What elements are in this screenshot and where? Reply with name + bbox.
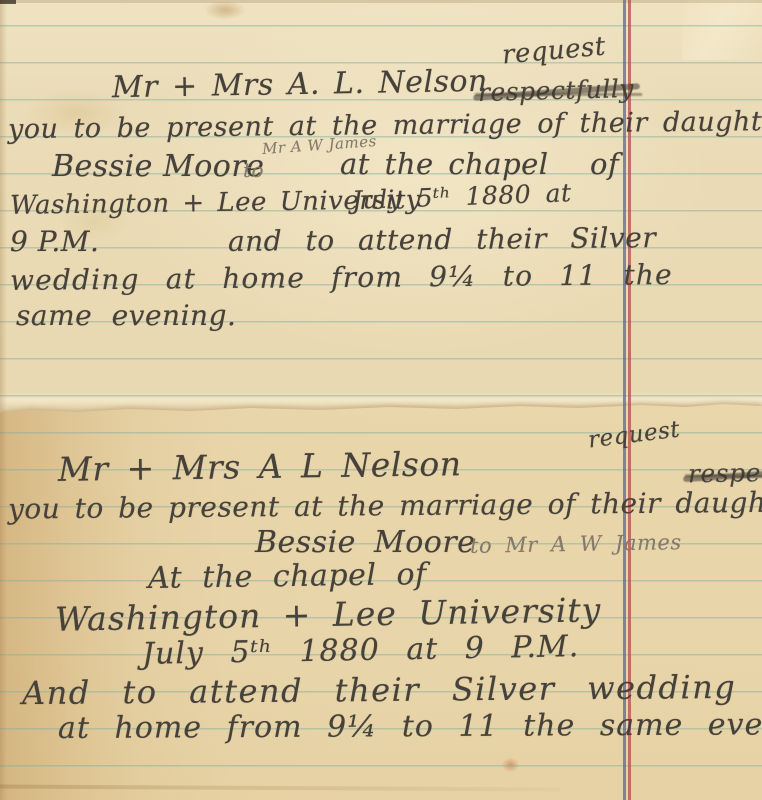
handwritten-names: Mr + Mrs A L Nelson (58, 447, 462, 486)
handwritten-bride-name: Bessie Moore (52, 152, 264, 182)
handwritten-line: At the chapel of (148, 560, 427, 594)
ink-stain (204, 0, 246, 20)
handwritten-line: and to attend their Silver (228, 224, 656, 256)
handwritten-line: 9 P.M. (10, 228, 99, 256)
paper-left-edge (0, 0, 7, 800)
handwritten-line: wedding at home from 9¼ to 11 the (10, 261, 673, 295)
handwritten-bride-name: Bessie Moore (255, 528, 475, 558)
handwritten-line: July 5ᵗʰ 1880 at (352, 180, 572, 213)
handwritten-chapel: at the chapel (340, 150, 549, 179)
handwritten-struck-respectfully: respectfully (688, 459, 762, 487)
handwritten-line: And to attend their Silver wedding (22, 671, 737, 709)
handwritten-line: you to be present at the marriage of the… (8, 489, 762, 524)
handwritten-of: of (590, 150, 619, 179)
paper-top-edge (0, 0, 762, 3)
handwritten-struck-respectfully: respectfully (478, 76, 634, 105)
handwritten-line: July 5ᵗʰ 1880 at 9 P.M. (142, 632, 580, 670)
handwritten-to: to (243, 160, 264, 180)
handwritten-line: same evening. (16, 302, 236, 330)
manuscript-page: request Mr + Mrs A. L. Nelson respectful… (0, 0, 762, 800)
handwritten-names: Mr + Mrs A. L. Nelson (112, 67, 488, 104)
handwritten-groom: to Mr A W James (470, 532, 682, 557)
handwritten-line: you to be present at the marriage of the… (8, 108, 762, 143)
corner-notch (0, 0, 16, 4)
handwritten-line: at home from 9¼ to 11 the same evening (58, 710, 762, 744)
